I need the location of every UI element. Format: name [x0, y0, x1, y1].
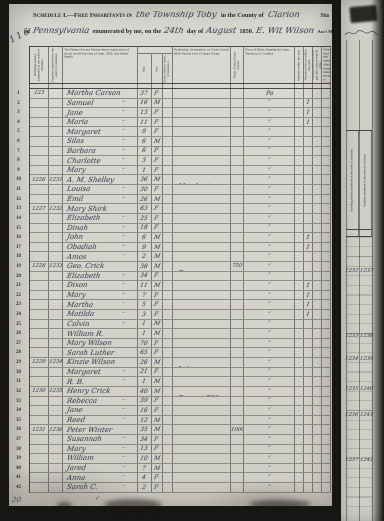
cell-color — [163, 214, 173, 223]
cell-occupation — [173, 406, 232, 415]
cell-occupation: Farmer, 700 — [173, 387, 232, 396]
line-number: 40 — [11, 464, 26, 474]
cell-occupation — [173, 445, 232, 454]
col-number: 13 — [322, 84, 331, 88]
col-number: 6 — [163, 84, 173, 88]
cell-married — [295, 329, 304, 338]
cell-sex: F — [152, 118, 163, 127]
cell-cannot-read — [313, 320, 322, 329]
cell-sex: F — [152, 156, 163, 165]
cell-value — [231, 224, 244, 233]
cell-name: Louisa″ — [63, 185, 138, 194]
col-number: 7 — [173, 84, 232, 88]
cell-sex: M — [152, 233, 163, 242]
col-number: 3 — [63, 84, 138, 88]
table-row: Anna″4F″ — [30, 473, 331, 483]
cell-dwelling — [30, 454, 49, 463]
cell-age: 7 — [138, 291, 152, 300]
cell-condition — [322, 272, 331, 281]
cell-color — [163, 233, 173, 242]
month-handwritten: August — [205, 27, 237, 35]
cell-school — [304, 166, 313, 175]
cell-birthplace: ″ — [244, 406, 295, 415]
cell-condition — [322, 252, 331, 261]
cell-birthplace: ″ — [244, 156, 295, 165]
cell-family — [49, 435, 63, 444]
cell-age: 36 — [138, 175, 152, 184]
cell-condition — [322, 118, 331, 127]
cell-color — [163, 300, 173, 309]
cell-age: 9 — [138, 127, 152, 136]
cell-occupation — [173, 397, 232, 406]
cell-married — [295, 108, 304, 117]
cell-dwelling — [30, 252, 49, 261]
cell-school — [304, 175, 313, 184]
table-row: Charlotte″3F″ — [30, 156, 331, 166]
cell-married — [295, 166, 304, 175]
cell-condition — [322, 397, 331, 406]
cell-occupation — [173, 483, 232, 492]
cell-value — [231, 387, 244, 396]
cell-name: Henry Crick — [63, 387, 138, 396]
cell-school — [304, 214, 313, 223]
cell-age: 25 — [138, 214, 152, 223]
table-row: 12291234Kinzie Wilson26MLaborer″ — [30, 358, 331, 368]
cell-dwelling — [30, 300, 49, 309]
cell-sex: F — [152, 214, 163, 223]
cell-name: Martha″ — [63, 300, 138, 309]
cell-sex: F — [152, 224, 163, 233]
cell-school — [304, 204, 313, 213]
cell-married — [295, 156, 304, 165]
cell-family — [49, 156, 63, 165]
cell-family — [49, 272, 63, 281]
line-number: 23 — [11, 300, 26, 310]
cell-name: Margaret″ — [63, 127, 138, 136]
cell-dwelling — [30, 435, 49, 444]
cell-occupation — [173, 252, 232, 261]
table-row: 12311236Peter Winter35M1000″ — [30, 425, 331, 435]
cell-condition — [322, 175, 331, 184]
cell-value — [231, 397, 244, 406]
line-number: 1 — [11, 89, 26, 99]
cell-sex: M — [152, 320, 163, 329]
cell-age: 1 — [138, 329, 152, 338]
cell-cannot-read — [313, 339, 322, 348]
cell-cannot-read — [313, 464, 322, 473]
cell-age: 12 — [138, 416, 152, 425]
table-row: R. B.″1M″ — [30, 377, 331, 387]
cell-cannot-read — [313, 195, 322, 204]
cell-occupation — [173, 118, 232, 127]
cell-value — [231, 310, 244, 319]
table-row: Elizabeth″25F″ — [30, 214, 331, 224]
line-number: 26 — [11, 329, 26, 339]
cell-age: 39 — [138, 397, 152, 406]
cell-family — [49, 339, 63, 348]
cell-married — [295, 243, 304, 252]
cell-name: Jared″ — [63, 464, 138, 473]
cell-dwelling — [30, 397, 49, 406]
county-label: in the County of — [221, 12, 264, 19]
cell-value — [231, 252, 244, 261]
cell-family — [49, 166, 63, 175]
cell-age: 40 — [138, 387, 152, 396]
cell-birthplace: ″ — [244, 185, 295, 194]
cell-age: 26 — [138, 358, 152, 367]
table-row: 12301235Henry Crick40MFarmer, 700″ — [30, 387, 331, 397]
cell-color — [163, 185, 173, 194]
cell-family — [49, 397, 63, 406]
cell-school — [304, 445, 313, 454]
line-number: 35 — [11, 416, 26, 426]
table-row: Maria″11F″1 — [30, 118, 331, 128]
table-row: Matilda″3F″1 — [30, 310, 331, 320]
cell-cannot-read — [313, 118, 322, 127]
cell-birthplace: ″ — [244, 147, 295, 156]
cell-school: 1 — [304, 281, 313, 290]
table-row: 12281233Geo. Crick38MFarmer750″ — [30, 262, 331, 272]
cell-occupation — [173, 137, 232, 146]
cell-birthplace: ″ — [244, 224, 295, 233]
cell-condition — [322, 300, 331, 309]
table-row: Mary″7F″1 — [30, 291, 331, 301]
cell-color — [163, 416, 173, 425]
table-row: Susannah″34F″ — [30, 435, 331, 445]
table-row: 123Martha Carson37FPa — [30, 89, 331, 99]
cell-birthplace: ″ — [244, 348, 295, 357]
cell-cannot-read — [313, 310, 322, 319]
cell-family — [49, 118, 63, 127]
cell-school — [304, 272, 313, 281]
cell-dwelling — [30, 118, 49, 127]
cell-sex: F — [152, 397, 163, 406]
cell-school — [304, 406, 313, 415]
cell-dwelling — [30, 281, 49, 290]
cell-cannot-read — [313, 243, 322, 252]
cell-color — [163, 464, 173, 473]
cell-color — [163, 99, 173, 108]
cell-condition — [322, 310, 331, 319]
cell-name: Rebecca″ — [63, 397, 138, 406]
cell-birthplace: ″ — [244, 195, 295, 204]
cell-age: 26 — [138, 195, 152, 204]
cell-name: R. B.″ — [63, 377, 138, 386]
cell-age: 6 — [138, 147, 152, 156]
cell-age: 38 — [138, 262, 152, 271]
cell-condition — [322, 377, 331, 386]
cell-sex: F — [152, 473, 163, 482]
cell-condition — [322, 243, 331, 252]
cell-cannot-read — [313, 156, 322, 165]
cell-condition — [322, 387, 331, 396]
cell-color — [163, 108, 173, 117]
header-color: Color, (White, black, or mulatto.) — [163, 54, 173, 83]
cell-sex: F — [152, 89, 163, 98]
cell-dwelling: 123 — [30, 89, 49, 98]
cell-value — [231, 435, 244, 444]
cell-dwelling — [30, 233, 49, 242]
cell-dwelling — [30, 291, 49, 300]
table-rows: 123Martha Carson37FPaSamuel″16M″1Jane″13… — [29, 89, 331, 493]
cell-birthplace: ″ — [244, 291, 295, 300]
cell-color — [163, 406, 173, 415]
cell-age: 3 — [138, 310, 152, 319]
cell-age: 11 — [138, 281, 152, 290]
cell-dwelling — [30, 127, 49, 136]
cell-family — [49, 445, 63, 454]
cell-cannot-read — [313, 473, 322, 482]
cell-sex: F — [152, 300, 163, 309]
cell-sex: M — [152, 425, 163, 434]
state-handwritten: Pennsylvania — [32, 27, 90, 35]
cell-value — [231, 339, 244, 348]
cell-sex: M — [152, 243, 163, 252]
cell-sex: F — [152, 185, 163, 194]
cell-cannot-read — [313, 425, 322, 434]
line-number: 12 — [11, 195, 26, 205]
cell-name: Obadiah″ — [63, 243, 138, 252]
cell-sex: M — [152, 387, 163, 396]
line-number: 4 — [11, 118, 26, 128]
cell-name: Peter Winter — [63, 425, 138, 434]
table-row: Samuel″16M″1 — [30, 99, 331, 109]
cell-school — [304, 387, 313, 396]
line-number: 34 — [11, 406, 26, 416]
cell-school — [304, 368, 313, 377]
cell-condition — [322, 204, 331, 213]
cell-condition — [322, 320, 331, 329]
cell-value — [231, 185, 244, 194]
cell-age: 10 — [138, 454, 152, 463]
cell-occupation — [173, 214, 232, 223]
cell-married — [295, 406, 304, 415]
cell-cannot-read — [313, 147, 322, 156]
cell-value — [231, 348, 244, 357]
cell-birthplace: ″ — [244, 214, 295, 223]
cell-occupation — [173, 224, 232, 233]
cell-condition — [322, 214, 331, 223]
cell-occupation: Merchant — [173, 175, 232, 184]
cell-family — [49, 214, 63, 223]
cell-married — [295, 473, 304, 482]
cell-school — [304, 89, 313, 98]
cell-value — [231, 272, 244, 281]
cell-dwelling — [30, 339, 49, 348]
cell-dwelling: 1228 — [30, 262, 49, 271]
cell-dwelling — [30, 214, 49, 223]
table-row: Rebecca″39F″ — [30, 397, 331, 407]
cell-birthplace: ″ — [244, 387, 295, 396]
table-row: Louisa″30F″ — [30, 185, 331, 195]
cell-cannot-read — [313, 127, 322, 136]
cell-cannot-read — [313, 377, 322, 386]
cell-cannot-read — [313, 89, 322, 98]
cell-value — [231, 320, 244, 329]
table-row: Jared″7M″ — [30, 464, 331, 474]
cell-sex: M — [152, 195, 163, 204]
cell-cannot-read — [313, 291, 322, 300]
cell-dwelling: 1226 — [30, 175, 49, 184]
cell-color — [163, 166, 173, 175]
cell-family — [49, 368, 63, 377]
cell-occupation — [173, 156, 232, 165]
cell-value — [231, 483, 244, 492]
cell-cannot-read — [313, 166, 322, 175]
cell-birthplace: ″ — [244, 166, 295, 175]
cell-name: William R. — [63, 329, 138, 338]
cell-sex: F — [152, 406, 163, 415]
cell-name: William″ — [63, 454, 138, 463]
line-number: 30 — [11, 368, 26, 378]
line-number: 41 — [11, 473, 26, 483]
cell-occupation — [173, 329, 232, 338]
cell-married — [295, 454, 304, 463]
cell-value — [231, 147, 244, 156]
cell-color — [163, 377, 173, 386]
cell-occupation — [173, 127, 232, 136]
cell-condition — [322, 233, 331, 242]
cell-name: Mary″ — [63, 291, 138, 300]
table-row: Jane″16F″ — [30, 406, 331, 416]
cell-dwelling — [30, 320, 49, 329]
title-line-2: of Pennsylvania enumerated by me, on the… — [25, 27, 332, 35]
cell-condition — [322, 99, 331, 108]
cell-married — [295, 233, 304, 242]
header-name: The Name of every Person whose usual pla… — [63, 47, 138, 83]
cell-condition — [322, 166, 331, 175]
line-number: 28 — [11, 348, 26, 358]
cell-cannot-read — [313, 435, 322, 444]
cell-age: 5 — [138, 300, 152, 309]
cell-dwelling: 1231 — [30, 425, 49, 434]
cell-married — [295, 175, 304, 184]
cell-sex: F — [152, 204, 163, 213]
table-row: Amos″2M″ — [30, 252, 331, 262]
cell-color — [163, 224, 173, 233]
cell-married — [295, 416, 304, 425]
cell-school — [304, 320, 313, 329]
cell-age: 34 — [138, 435, 152, 444]
cell-value — [231, 214, 244, 223]
cell-school — [304, 348, 313, 357]
cell-occupation — [173, 320, 232, 329]
cell-family — [49, 127, 63, 136]
header-cannot-read: Persons over 20 y'rs of age who cannot r… — [313, 47, 322, 83]
cell-condition — [322, 425, 331, 434]
cell-occupation — [173, 348, 232, 357]
cell-sex: M — [152, 99, 163, 108]
cell-value — [231, 243, 244, 252]
cell-color — [163, 262, 173, 271]
cell-condition — [322, 127, 331, 136]
cell-value — [231, 204, 244, 213]
cell-condition — [322, 147, 331, 156]
description-group: Description. Age. Sex. Color, (White, bl… — [138, 47, 173, 83]
cell-family — [49, 137, 63, 146]
header-birthplace: Place of Birth, Naming the State, Territ… — [244, 47, 295, 83]
cell-color — [163, 425, 173, 434]
line-number: 33 — [11, 397, 26, 407]
col-number: 9 — [244, 84, 295, 88]
cell-occupation — [173, 368, 232, 377]
cell-sex: F — [152, 127, 163, 136]
cell-family — [49, 252, 63, 261]
cell-school — [304, 435, 313, 444]
cell-birthplace: ″ — [244, 397, 295, 406]
cell-cannot-read — [313, 185, 322, 194]
place-handwritten: the Township Toby — [136, 11, 218, 19]
cell-birthplace: ″ — [244, 425, 295, 434]
cell-age: 1 — [138, 377, 152, 386]
cell-school — [304, 185, 313, 194]
cell-sex: F — [152, 310, 163, 319]
cell-cannot-read — [313, 397, 322, 406]
cell-occupation — [173, 377, 232, 386]
cell-color — [163, 368, 173, 377]
marshal-label: Ass't M. — [317, 29, 332, 34]
cell-married — [295, 387, 304, 396]
line-number: 6 — [11, 137, 26, 147]
cell-birthplace: Pa — [244, 89, 295, 98]
cell-occupation: Laborer — [173, 358, 232, 367]
cell-family — [49, 195, 63, 204]
line-number: 42 — [11, 483, 26, 493]
cell-married — [295, 252, 304, 261]
cell-condition — [322, 137, 331, 146]
cell-sex: F — [152, 483, 163, 492]
table-row: Mary″1F″ — [30, 166, 331, 176]
cell-married — [295, 195, 304, 204]
cell-married — [295, 127, 304, 136]
col-number: 12 — [313, 84, 322, 88]
cell-married — [295, 358, 304, 367]
next-header-dwelling: Dwelling-houses numbered in the order of… — [346, 131, 359, 229]
cell-birthplace: ″ — [244, 358, 295, 367]
cell-name: Elizabeth″ — [63, 214, 138, 223]
line-number: 38 — [11, 445, 26, 455]
cell-birthplace: ″ — [244, 175, 295, 184]
cell-family: 1234 — [49, 358, 63, 367]
cell-birthplace: ″ — [244, 368, 295, 377]
cell-cannot-read — [313, 300, 322, 309]
cell-value — [231, 377, 244, 386]
line-number: 16 — [11, 233, 26, 243]
cell-value — [231, 175, 244, 184]
cell-school: 1 — [304, 99, 313, 108]
ink-smudge — [249, 500, 311, 509]
table-row: John″6M″1 — [30, 233, 331, 243]
county-handwritten: Clarion — [267, 11, 300, 19]
line-number: 37 — [11, 435, 26, 445]
cell-cannot-read — [313, 137, 322, 146]
cell-family — [49, 89, 63, 98]
cell-school — [304, 464, 313, 473]
cell-family: 1233 — [49, 262, 63, 271]
cell-age: 2 — [138, 252, 152, 261]
cell-birthplace: ″ — [244, 435, 295, 444]
cell-age: 16 — [138, 406, 152, 415]
table-row: Barbara″6F″ — [30, 147, 331, 157]
cell-dwelling: 1227 — [30, 204, 49, 213]
cell-married — [295, 339, 304, 348]
cell-birthplace: ″ — [244, 108, 295, 117]
cell-occupation — [173, 204, 232, 213]
cell-occupation — [173, 272, 232, 281]
cell-sex: M — [152, 329, 163, 338]
cell-married — [295, 483, 304, 492]
cell-birthplace: ″ — [244, 473, 295, 482]
